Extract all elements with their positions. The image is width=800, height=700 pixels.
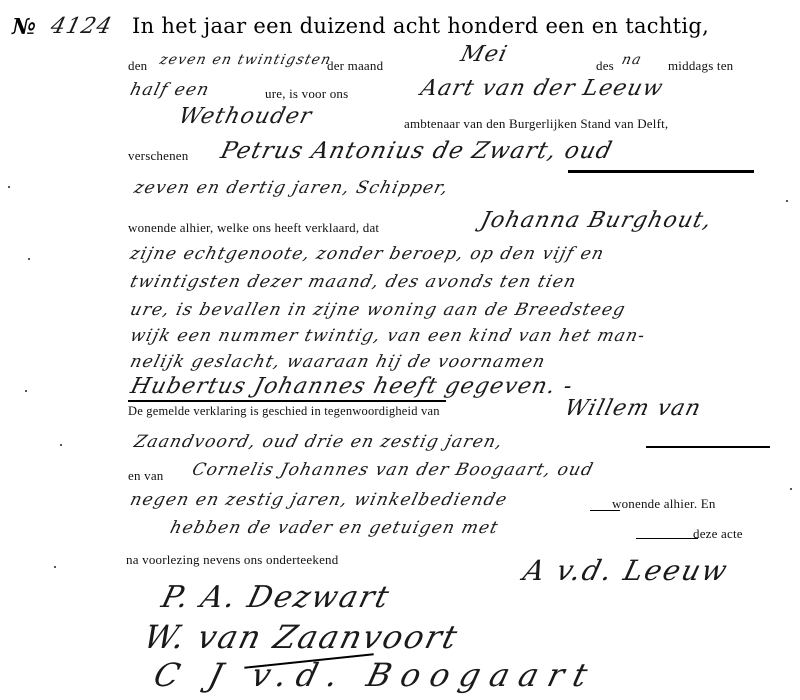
printed-gemelde-verklaring: De gemelde verklaring is geschied in teg…	[128, 404, 440, 419]
scan-speck	[8, 186, 10, 188]
hand-body-line-2: twintigsten dezer maand, des avonds ten …	[128, 272, 579, 292]
printed-ambtenaar: ambtenaar van den Burgerlijken Stand van…	[404, 116, 668, 132]
child-names-underline	[128, 400, 446, 402]
hand-hour: half een	[128, 80, 212, 100]
printed-verschenen: verschenen	[128, 148, 188, 164]
scan-speck	[28, 258, 30, 260]
hand-witness-2-name: Cornelis Johannes van der Boogaart, oud	[190, 460, 596, 480]
hand-official-name: Aart van der Leeuw	[418, 76, 666, 101]
scan-speck	[25, 390, 27, 392]
hand-age-occupation: zeven en dertig jaren, Schipper,	[132, 178, 451, 198]
printed-na-voorlezing: na voorlezing nevens ons onderteekend	[126, 552, 338, 568]
hand-declarant: Petrus Antonius de Zwart, oud	[218, 138, 615, 164]
hand-child-names: Hubertus Johannes heeft gegeven. -	[128, 374, 576, 399]
signature-father: P. A. Dezwart	[158, 580, 394, 615]
scan-speck	[786, 200, 788, 202]
hand-witness-1-details: Zaandvoord, oud drie en zestig jaren,	[132, 432, 505, 452]
printed-ure-is-voor-ons: ure, is voor ons	[265, 86, 348, 102]
fill-rule-1	[646, 446, 770, 448]
printed-den: den	[128, 58, 147, 74]
underline-rule	[568, 170, 754, 173]
signature-witness-1: W. van Zaanvoort	[140, 618, 463, 656]
hand-witness-1-first: Willem van	[562, 396, 704, 421]
hand-body-line-5: nelijk geslacht, waaraan hij de voorname…	[128, 352, 548, 372]
hand-ampm: na	[620, 52, 644, 68]
record-number-prefix: №	[12, 14, 36, 40]
hand-body-line-3: ure, is bevallen in zijne woning aan de …	[128, 300, 628, 320]
printed-der-maand: der maand	[327, 58, 383, 74]
hand-mother-name: Johanna Burghout,	[478, 208, 715, 233]
signature-official: A v.d. Leeuw	[520, 554, 732, 587]
printed-wonende-alhier-en: wonende alhier. En	[612, 496, 716, 512]
scan-speck	[54, 566, 56, 568]
fill-rule-3	[636, 538, 698, 539]
hand-day: zeven en twintigsten	[158, 52, 333, 68]
printed-des: des	[596, 58, 614, 74]
hand-body-line-1: zijne echtgenoote, zonder beroep, op den…	[128, 244, 607, 264]
hand-witness-2-details: negen en zestig jaren, winkelbediende	[128, 490, 510, 510]
printed-heading: In het jaar een duizend acht honderd een…	[132, 14, 709, 38]
printed-deze-acte: deze acte	[693, 526, 743, 542]
hand-official-role: Wethouder	[176, 104, 315, 129]
scan-speck	[790, 488, 792, 490]
printed-wonende-alhier: wonende alhier, welke ons heeft verklaar…	[128, 220, 379, 236]
hand-body-line-4: wijk een nummer twintig, van een kind va…	[128, 326, 648, 346]
record-number: 4124	[48, 14, 115, 39]
scan-speck	[60, 444, 62, 446]
hand-month: Mei	[458, 42, 510, 67]
signature-witness-2: C J v.d. Boogaart	[150, 656, 601, 694]
printed-middags-ten: middags ten	[668, 58, 733, 74]
printed-en-van: en van	[128, 468, 164, 484]
hand-signing-clause: hebben de vader en getuigen met	[168, 518, 501, 538]
